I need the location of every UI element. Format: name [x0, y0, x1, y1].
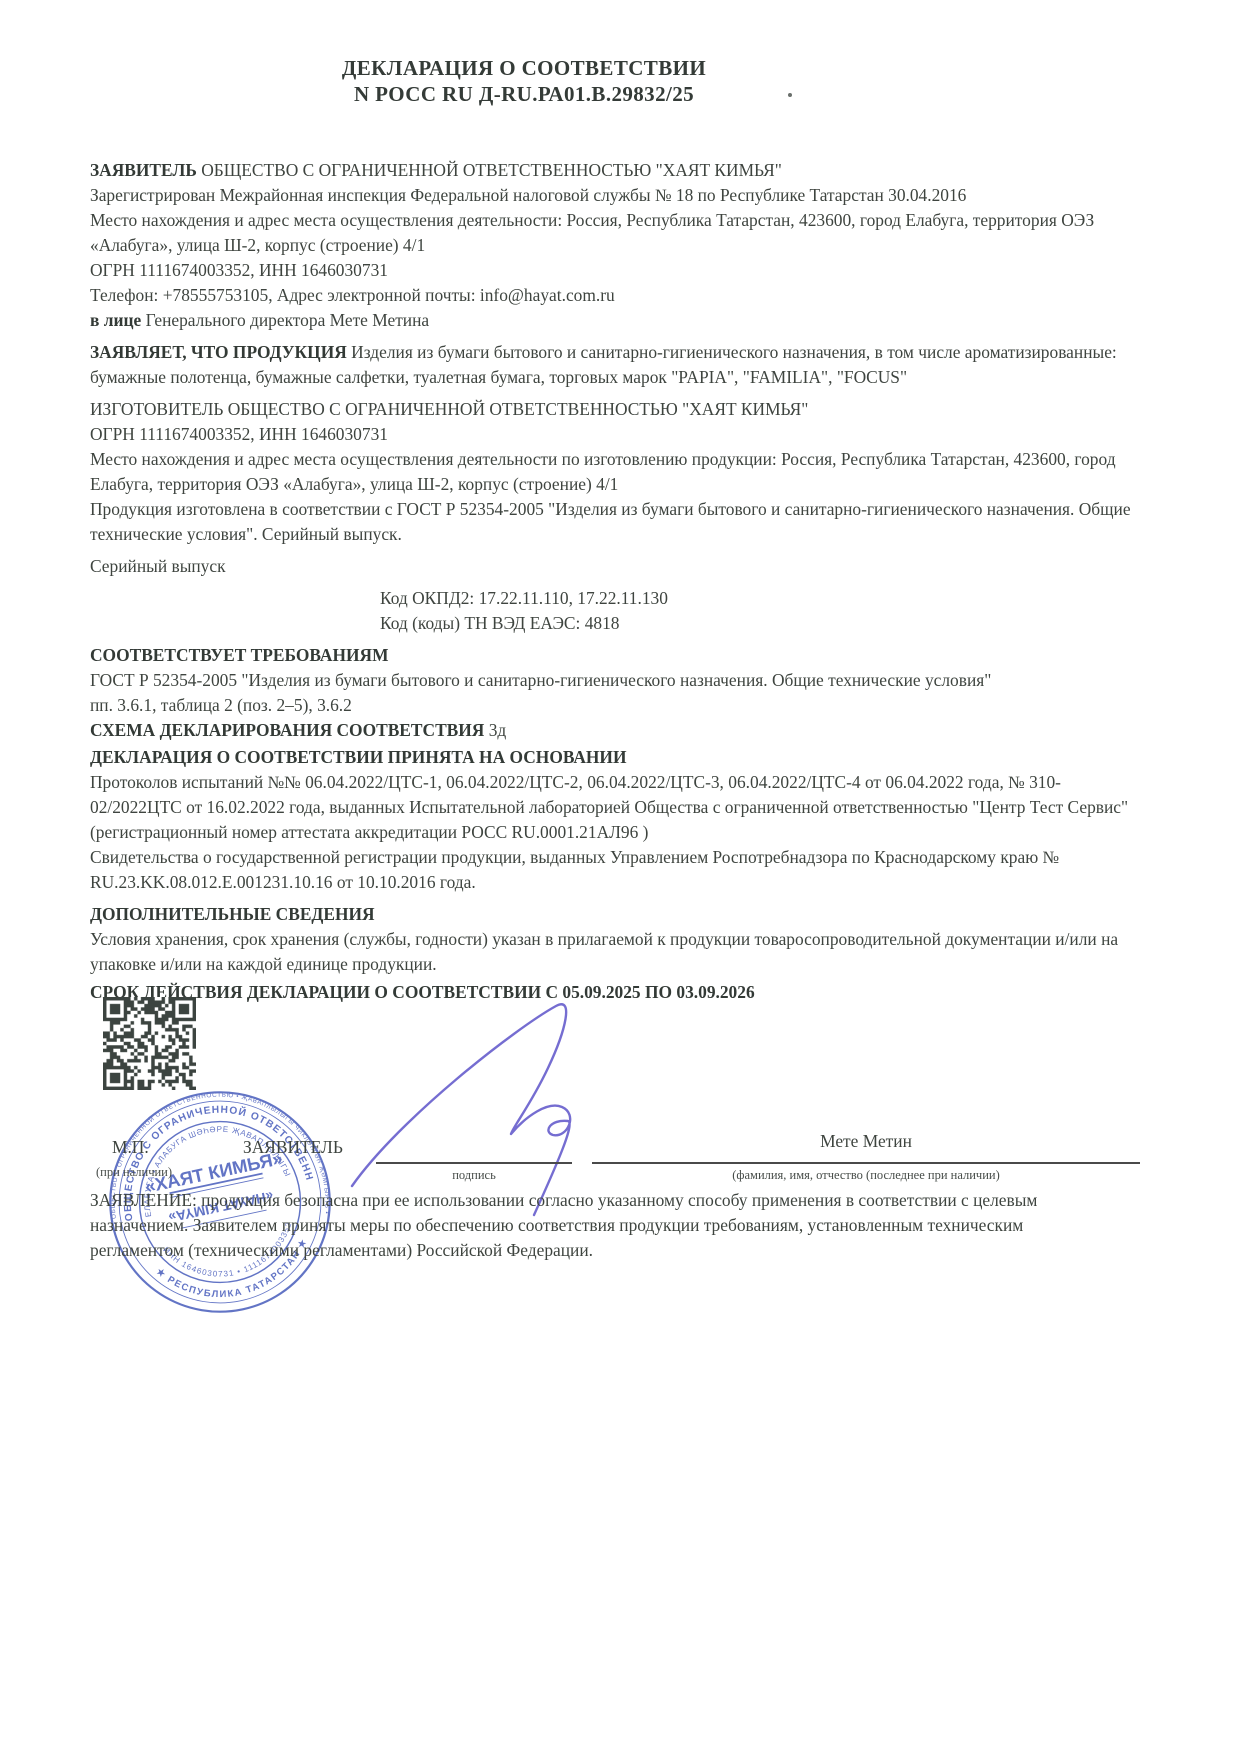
signer-name: Мете Метин: [592, 1130, 1140, 1152]
manufacturer-name-line: ИЗГОТОВИТЕЛЬ ОБЩЕСТВО С ОГРАНИЧЕННОЙ ОТВ…: [90, 397, 1142, 422]
manufacturer-made-per: Продукция изготовлена в соответствии с Г…: [90, 497, 1142, 547]
okpd2-code: Код ОКПД2: 17.22.11.110, 17.22.11.130: [380, 586, 1142, 611]
applicant-address: Место нахождения и адрес места осуществл…: [90, 208, 1142, 258]
conformity-label: СООТВЕТСТВУЕТ ТРЕБОВАНИЯМ: [90, 645, 388, 665]
signature-line: [376, 1162, 572, 1164]
declaration-document: ДЕКЛАРАЦИЯ О СООТВЕТСТВИИ N РОСС RU Д-RU…: [0, 0, 1240, 1754]
qr-code-icon: [103, 997, 196, 1090]
stamp-place-label: М.П.: [112, 1136, 149, 1158]
scheme-line: СХЕМА ДЕКЛАРИРОВАНИЯ СООТВЕТСТВИЯ 3д: [90, 718, 1142, 743]
validity-section: СРОК ДЕЙСТВИЯ ДЕКЛАРАЦИИ О СООТВЕТСТВИИ …: [90, 980, 1142, 1005]
scan-artifact-dot: [788, 93, 792, 97]
additional-label: ДОПОЛНИТЕЛЬНЫЕ СВЕДЕНИЯ: [90, 904, 375, 924]
name-line: [592, 1162, 1140, 1164]
manufacturer-section: ИЗГОТОВИТЕЛЬ ОБЩЕСТВО С ОГРАНИЧЕННОЙ ОТВ…: [90, 397, 1142, 547]
conformity-gost: ГОСТ Р 52354-2005 "Изделия из бумаги быт…: [90, 668, 1142, 693]
scheme-value: 3д: [489, 720, 507, 740]
basis-certificate: Свидетельства о государственной регистра…: [90, 845, 1142, 895]
basis-section: ДЕКЛАРАЦИЯ О СООТВЕТСТВИИ ПРИНЯТА НА ОСН…: [90, 745, 1142, 895]
signature-stroke: [352, 1004, 570, 1215]
applicant-name-line: ЗАЯВИТЕЛЬ ОБЩЕСТВО С ОГРАНИЧЕННОЙ ОТВЕТС…: [90, 158, 1142, 183]
applicant-name: ОБЩЕСТВО С ОГРАНИЧЕННОЙ ОТВЕТСТВЕННОСТЬЮ…: [201, 160, 782, 180]
applicant-signature-label: ЗАЯВИТЕЛЬ: [243, 1136, 343, 1158]
applicant-ogrn: ОГРН 1111674003352, ИНН 1646030731: [90, 258, 1142, 283]
conformity-items: пп. 3.6.1, таблица 2 (поз. 2–5), 3.6.2: [90, 693, 1142, 718]
tnved-code: Код (коды) ТН ВЭД ЕАЭС: 4818: [380, 611, 1142, 636]
additional-section: ДОПОЛНИТЕЛЬНЫЕ СВЕДЕНИЯ Условия хранения…: [90, 902, 1142, 977]
codes-block: Код ОКПД2: 17.22.11.110, 17.22.11.130 Ко…: [380, 586, 1142, 636]
manufacturer-ogrn: ОГРН 1111674003352, ИНН 1646030731: [90, 422, 1142, 447]
manufacturer-label: ИЗГОТОВИТЕЛЬ: [90, 399, 223, 419]
manufacturer-name: ОБЩЕСТВО С ОГРАНИЧЕННОЙ ОТВЕТСТВЕННОСТЬЮ…: [228, 399, 809, 419]
document-body: ЗАЯВИТЕЛЬ ОБЩЕСТВО С ОГРАНИЧЕННОЙ ОТВЕТС…: [90, 158, 1142, 1012]
stamp-place-note: (при наличии): [96, 1165, 172, 1180]
serial-issue: Серийный выпуск: [90, 554, 1142, 579]
document-title: ДЕКЛАРАЦИЯ О СООТВЕТСТВИИ N РОСС RU Д-RU…: [90, 55, 958, 107]
applicant-contacts: Телефон: +78555753105, Адрес электронной…: [90, 283, 1142, 308]
applicant-section: ЗАЯВИТЕЛЬ ОБЩЕСТВО С ОГРАНИЧЕННОЙ ОТВЕТС…: [90, 158, 1142, 333]
statement-paragraph: ЗАЯВЛЕНИЕ: продукция безопасна при ее ис…: [90, 1188, 1090, 1263]
title-line1: ДЕКЛАРАЦИЯ О СООТВЕТСТВИИ: [90, 55, 958, 81]
applicant-in-person: в лице Генерального директора Мете Метин…: [90, 308, 1142, 333]
in-person-value: Генерального директора Мете Метина: [146, 310, 430, 330]
conformity-section: СООТВЕТСТВУЕТ ТРЕБОВАНИЯМ ГОСТ Р 52354-2…: [90, 643, 1142, 743]
name-caption: (фамилия, имя, отчество (последнее при н…: [592, 1168, 1140, 1183]
scheme-label: СХЕМА ДЕКЛАРИРОВАНИЯ СООТВЕТСТВИЯ: [90, 720, 484, 740]
applicant-label: ЗАЯВИТЕЛЬ: [90, 160, 197, 180]
manufacturer-address: Место нахождения и адрес места осуществл…: [90, 447, 1142, 497]
additional-text: Условия хранения, срок хранения (службы,…: [90, 927, 1142, 977]
in-person-label: в лице: [90, 310, 141, 330]
declares-label: ЗАЯВЛЯЕТ, ЧТО ПРОДУКЦИЯ: [90, 342, 347, 362]
title-line2: N РОСС RU Д-RU.РА01.В.29832/25: [90, 81, 958, 107]
product-section: ЗАЯВЛЯЕТ, ЧТО ПРОДУКЦИЯ Изделия из бумаг…: [90, 340, 1142, 390]
basis-protocols: Протоколов испытаний №№ 06.04.2022/ЦТС-1…: [90, 770, 1142, 845]
applicant-registered: Зарегистрирован Межрайонная инспекция Фе…: [90, 183, 1142, 208]
signature-caption: подпись: [376, 1168, 572, 1183]
basis-label: ДЕКЛАРАЦИЯ О СООТВЕТСТВИИ ПРИНЯТА НА ОСН…: [90, 747, 626, 767]
